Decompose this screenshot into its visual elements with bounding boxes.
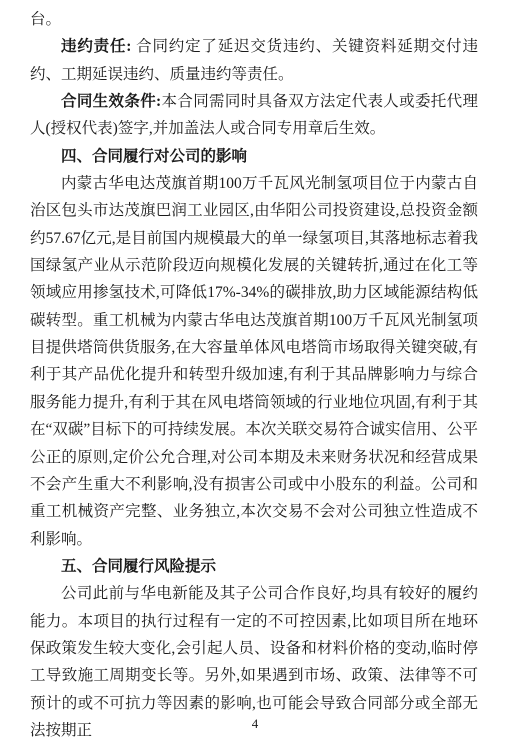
paragraph-breach-liability: 违约责任: 合同约定了延迟交货违约、关键资料延期交付违约、工期延误违约、质量违约… (30, 33, 478, 88)
paragraph-continuation: 台。 (30, 6, 478, 33)
paragraph-lead-contract-effectiveness: 合同生效条件: (61, 93, 161, 110)
document-page: 台。 违约责任: 合同约定了延迟交货违约、关键资料延期交付违约、工期延误违约、质… (0, 0, 510, 741)
paragraph-lead-breach-liability: 违约责任: (61, 38, 131, 55)
section-heading-impact: 四、合同履行对公司的影响 (30, 143, 478, 170)
section-heading-risk: 五、合同履行风险提示 (30, 553, 478, 580)
page-footer: 4 (0, 716, 510, 732)
paragraph-contract-effectiveness: 合同生效条件:本合同需同时具备双方法定代表人或委托代理人(授权代表)签字,并加盖… (30, 88, 478, 143)
document-content: 台。 违约责任: 合同约定了延迟交货违约、关键资料延期交付违约、工期延误违约、质… (30, 6, 478, 741)
page-number: 4 (252, 716, 259, 731)
paragraph-impact-on-company: 内蒙古华电达茂旗首期100万千瓦风光制氢项目位于内蒙古自治区包头市达茂旗巴润工业… (30, 170, 478, 553)
